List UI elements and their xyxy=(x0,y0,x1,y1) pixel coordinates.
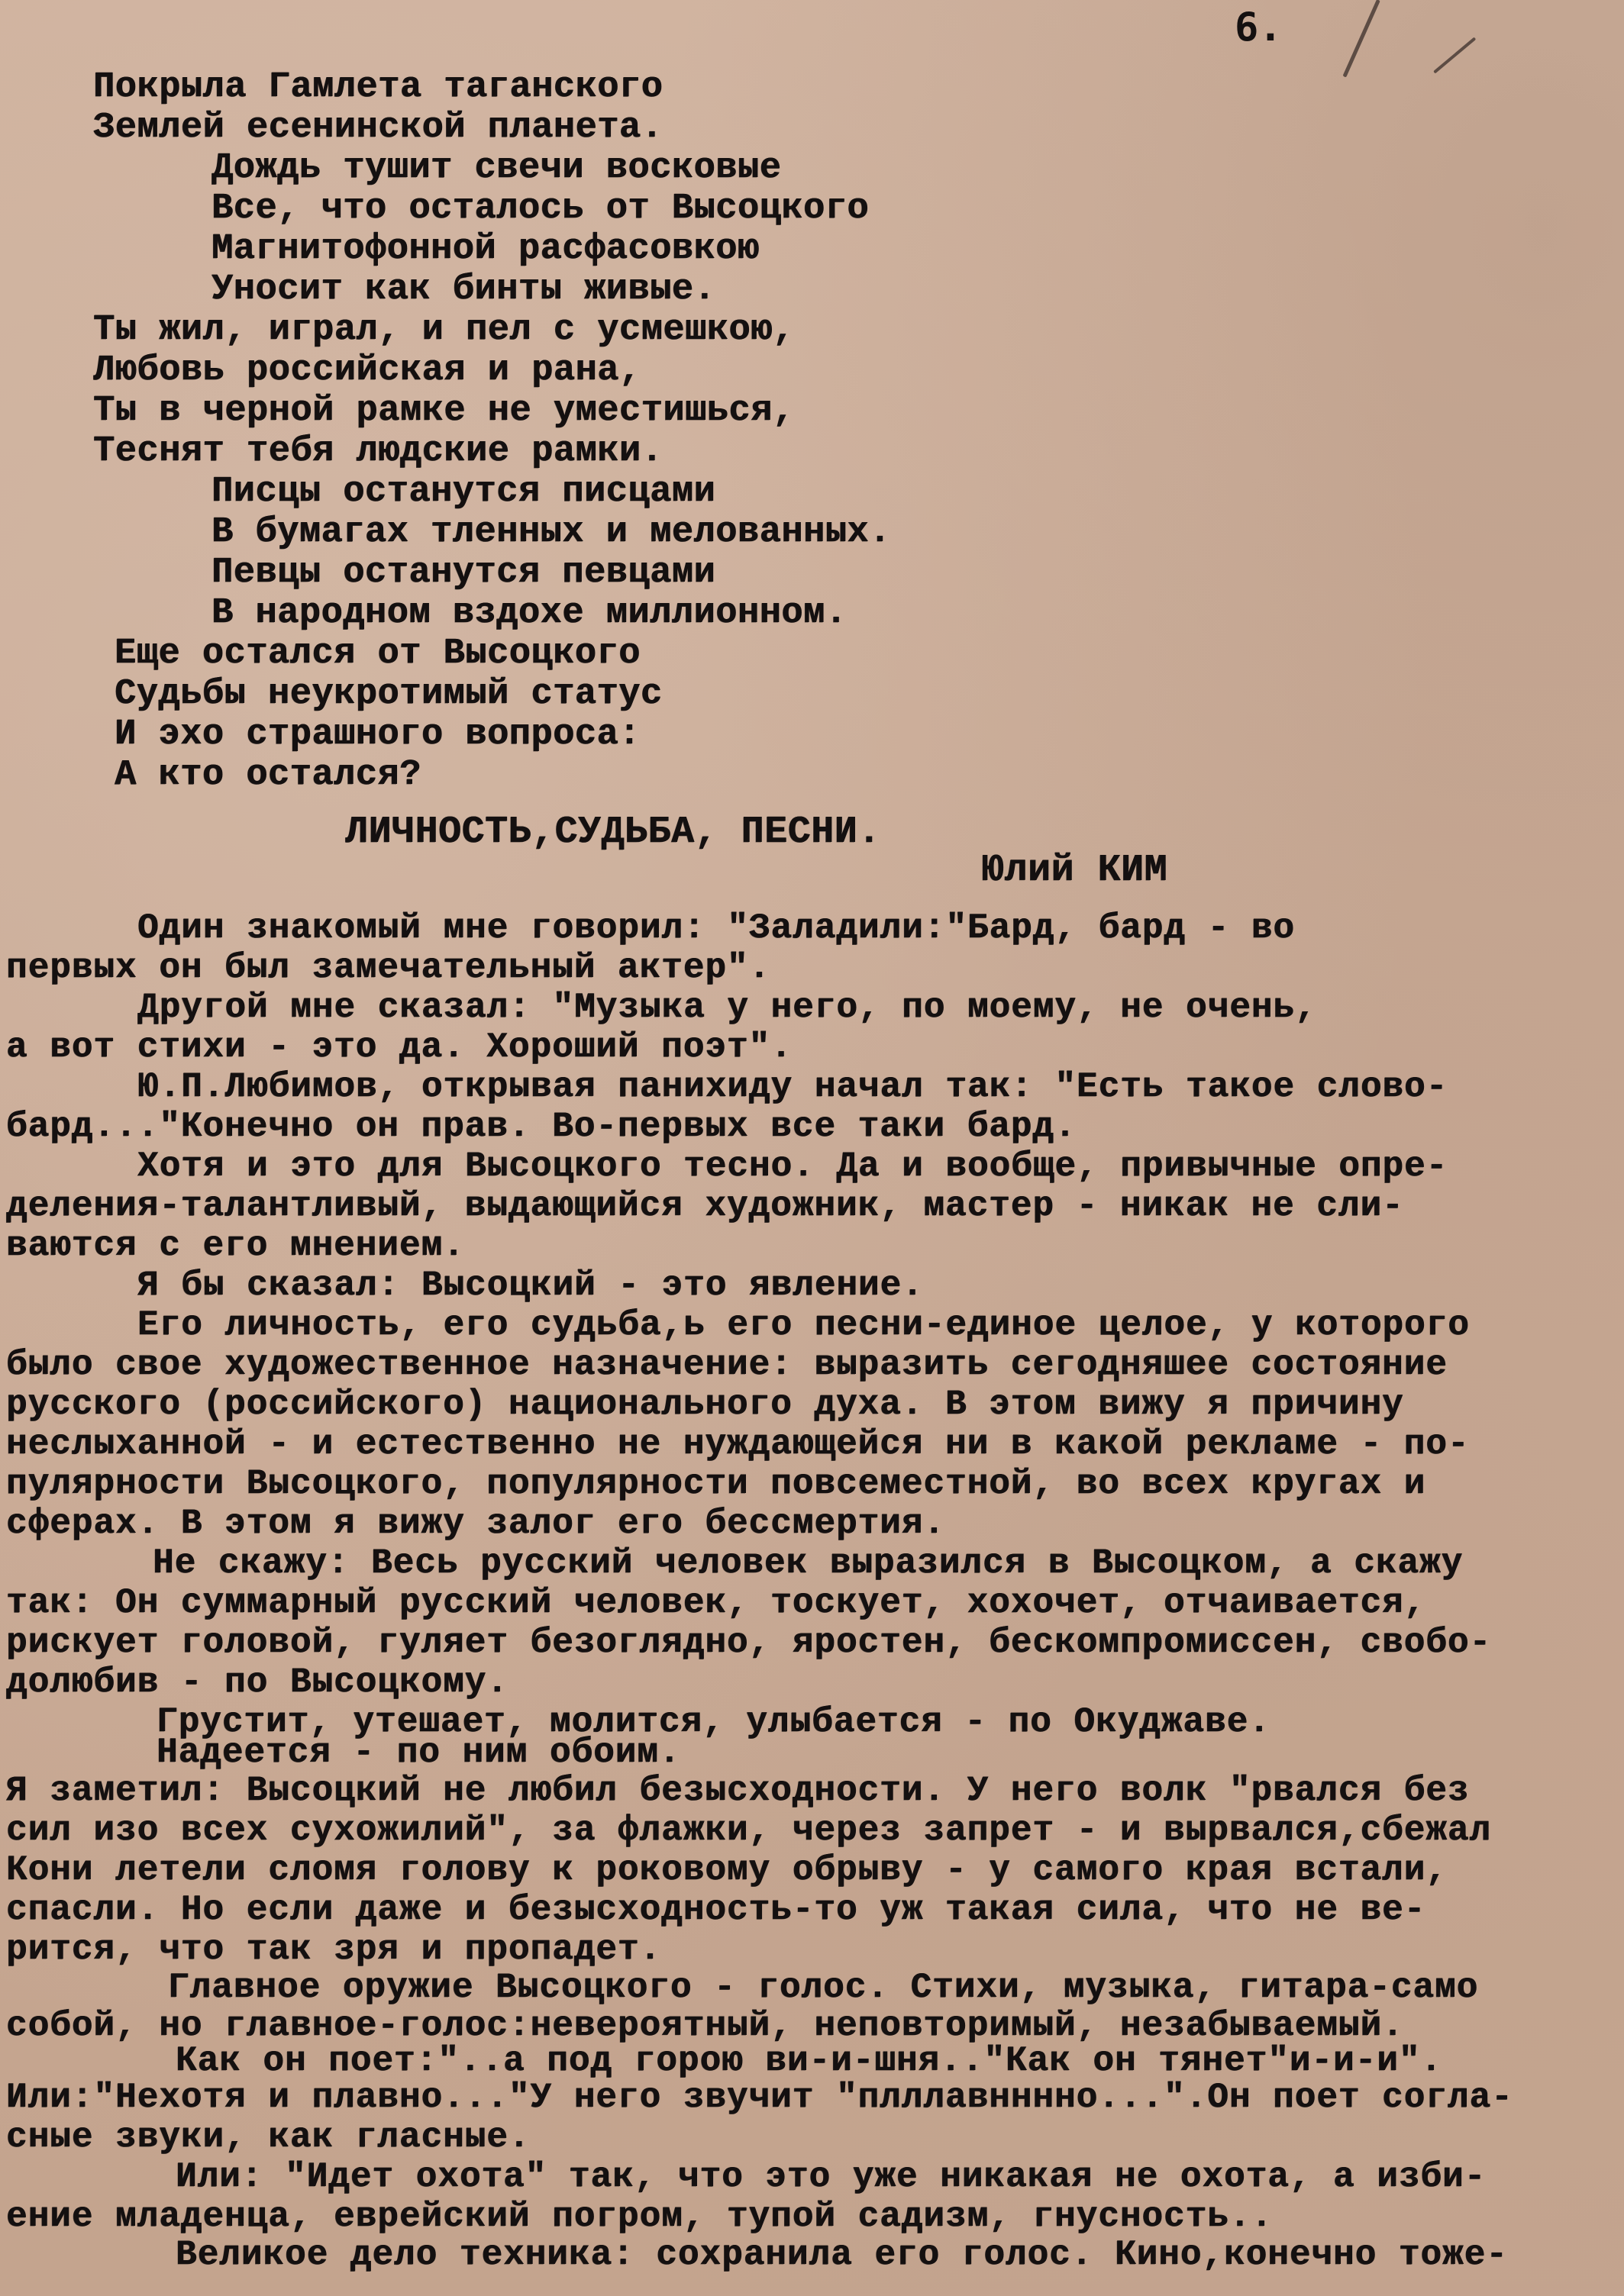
article-author: Юлий КИМ xyxy=(981,849,1167,892)
article-line: было свое художественное назначение: выр… xyxy=(6,1345,1448,1385)
article-line: русского (российского) национального дух… xyxy=(6,1385,1404,1424)
article-line: ваются с его мнением. xyxy=(6,1226,465,1266)
poem-line: В бумагах тленных и мелованных. xyxy=(211,512,891,553)
poem-line: Ты жил, играл, и пел с усмешкою, xyxy=(93,310,795,350)
article-line: спасли. Но если даже и безысходность-то … xyxy=(6,1890,1425,1930)
poem-line: В народном вздохе миллионном. xyxy=(211,593,847,634)
poem-line: Певцы останутся певцами xyxy=(211,553,715,593)
article-line: Великое дело техника: сохранила его голо… xyxy=(176,2235,1508,2275)
article-line: неслыханной - и естественно не нуждающей… xyxy=(6,1424,1470,1464)
article-line: Я бы сказал: Высоцкий - это явление. xyxy=(137,1266,924,1305)
article-line: Главное оружие Высоцкого - голос. Стихи,… xyxy=(168,1968,1478,2007)
article-line: рится, что так зря и пропадет. xyxy=(6,1930,661,1969)
article-line: Не скажу: Весь русский человек выразился… xyxy=(153,1543,1463,1583)
article-line: бард..."Конечно он прав. Во-первых все т… xyxy=(6,1107,1077,1146)
article-line: а вот стихи - это да. Хороший поэт". xyxy=(6,1027,793,1067)
pencil-stroke-mark xyxy=(1342,0,1380,78)
poem-line: А кто остался? xyxy=(115,755,421,795)
article-line: деления-талантливый, выдающийся художник… xyxy=(6,1186,1404,1226)
article-line: Или:"Нехотя и плавно..."У него звучит "п… xyxy=(6,2078,1513,2117)
article-title: ЛИЧНОСТЬ,СУДЬБА, ПЕСНИ. xyxy=(345,811,881,854)
article-line: Ю.П.Любимов, открывая панихиду начал так… xyxy=(137,1067,1448,1107)
article-line: первых он был замечательный актер". xyxy=(6,948,770,988)
article-line: Я заметил: Высоцкий не любил безысходнос… xyxy=(6,1771,1470,1811)
poem-line: Ты в черной рамке не уместишься, xyxy=(93,391,795,431)
article-line: собой, но главное-голос:невероятный, неп… xyxy=(6,2006,1404,2046)
poem-line: Уносит как бинты живые. xyxy=(211,269,715,310)
article-line: Хотя и это для Высоцкого тесно. Да и воо… xyxy=(137,1146,1448,1186)
article-line: долюбив - по Высоцкому. xyxy=(6,1662,509,1702)
article-line: Или: "Идет охота" так, что это уже никак… xyxy=(176,2157,1486,2197)
article-line: Его личность, его судьба,ь его песни-еди… xyxy=(137,1305,1470,1345)
article-line: Другой мне сказал: "Музыка у него, по мо… xyxy=(137,988,1317,1027)
article-line: так: Он суммарный русский человек, тоску… xyxy=(6,1583,1425,1623)
poem-line: И эхо страшного вопроса: xyxy=(115,714,641,755)
page-number: 6. xyxy=(1235,5,1283,50)
poem-line: Любовь российская и рана, xyxy=(93,350,641,391)
article-line: пулярности Высоцкого, популярности повсе… xyxy=(6,1464,1425,1504)
article-line: рискует головой, гуляет безоглядно, ярос… xyxy=(6,1623,1491,1662)
article-line: ение младенца, еврейский погром, тупой с… xyxy=(6,2197,1273,2236)
typewritten-page: 6. Покрыла Гамлета таганского Землей есе… xyxy=(0,0,1624,2296)
poem-line: Все, что осталось от Высоцкого xyxy=(211,189,869,229)
poem-line: Покрыла Гамлета таганского xyxy=(93,67,663,108)
poem-line: Писцы останутся писцами xyxy=(211,472,715,512)
poem-line: Землей есенинской планета. xyxy=(93,108,663,148)
poem-line: Теснят тебя людские рамки. xyxy=(93,431,663,472)
article-line: Надеется - по ним обоим. xyxy=(157,1733,681,1772)
poem-line: Еще остался от Высоцкого xyxy=(115,634,641,674)
article-line: сферах. В этом я вижу залог его бессмерт… xyxy=(6,1504,945,1543)
article-line: Один знакомый мне говорил: "Заладили:"Ба… xyxy=(137,908,1295,948)
pencil-stroke-mark xyxy=(1433,37,1476,73)
article-line: сил изо всех сухожилий", за флажки, чере… xyxy=(6,1811,1491,1850)
poem-line: Магнитофонной расфасовкою xyxy=(211,229,760,269)
poem-line: Дождь тушит свечи восковые xyxy=(211,148,781,189)
article-line: Как он поет:"..а под горою ви-и-шня.."Ка… xyxy=(176,2041,1442,2081)
article-line: сные звуки, как гласные. xyxy=(6,2117,531,2157)
poem-line: Судьбы неукротимый статус xyxy=(115,674,663,714)
article-line: Кони летели сломя голову к роковому обры… xyxy=(6,1850,1448,1890)
